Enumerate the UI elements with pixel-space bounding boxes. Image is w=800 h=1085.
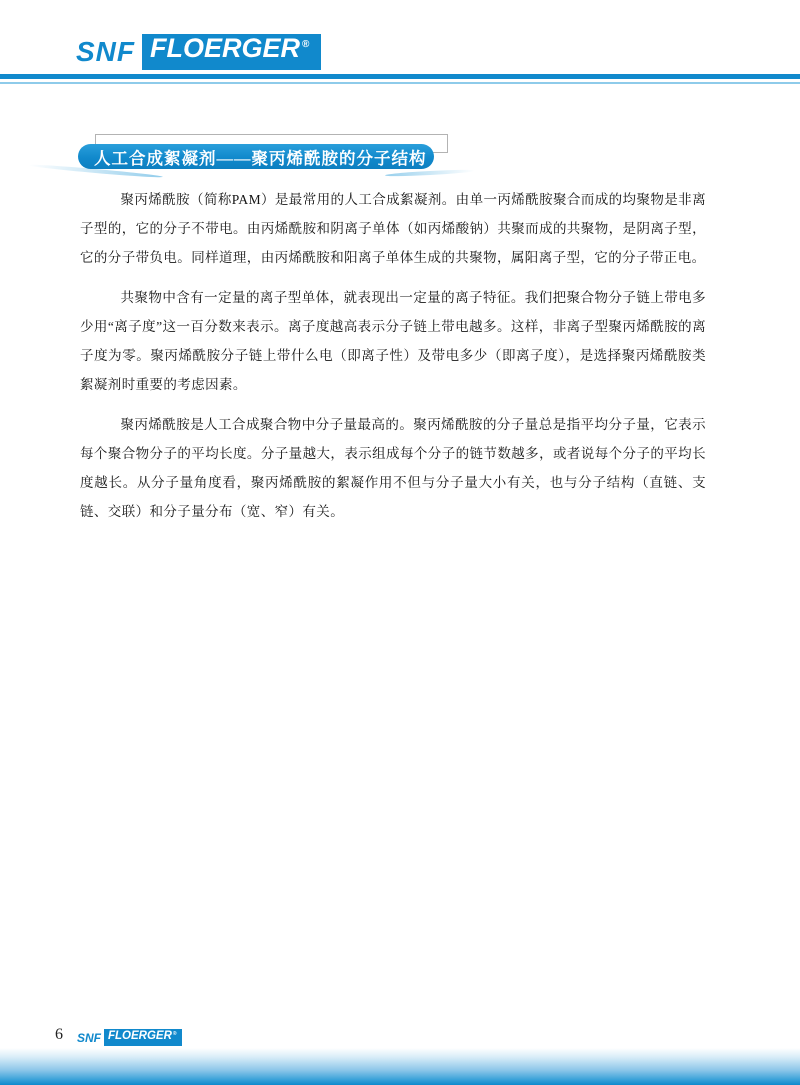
logo-snf-text: SNF — [76, 36, 135, 68]
section-title: 人工合成絮凝剂——聚丙烯酰胺的分子结构 — [94, 145, 427, 169]
section-title-pill: 人工合成絮凝剂——聚丙烯酰胺的分子结构 — [78, 144, 434, 169]
header-rule-thick — [0, 74, 800, 79]
header-rule-thin — [0, 82, 800, 84]
paragraph-1: 聚丙烯酰胺（简称PAM）是最常用的人工合成絮凝剂。由单一丙烯酰胺聚合而成的均聚物… — [80, 185, 706, 272]
snf-floerger-logo: SNF FLOERGER® — [76, 34, 321, 70]
footer-logo-snf-text: SNF — [77, 1031, 101, 1045]
footer-registered-mark-icon: ® — [173, 1031, 177, 1037]
logo-floerger-box: FLOERGER® — [142, 34, 321, 70]
banner-swoosh-right — [385, 169, 475, 178]
footer-snf-floerger-logo: SNF FLOERGER® — [77, 1029, 182, 1046]
footer-logo-floerger-text: FLOERGER — [108, 1030, 172, 1042]
registered-mark-icon: ® — [302, 39, 309, 50]
footer-logo-floerger-box: FLOERGER® — [104, 1029, 182, 1046]
logo-floerger-text: FLOERGER — [150, 33, 300, 63]
footer-gradient-band — [0, 1048, 800, 1085]
document-page: SNF FLOERGER® 人工合成絮凝剂——聚丙烯酰胺的分子结构 聚丙烯酰胺（… — [0, 0, 800, 1085]
page-number: 6 — [55, 1026, 63, 1044]
paragraph-2: 共聚物中含有一定量的离子型单体，就表现出一定量的离子特征。我们把聚合物分子链上带… — [80, 283, 706, 399]
body-text: 聚丙烯酰胺（简称PAM）是最常用的人工合成絮凝剂。由单一丙烯酰胺聚合而成的均聚物… — [80, 185, 706, 537]
paragraph-3: 聚丙烯酰胺是人工合成聚合物中分子量最高的。聚丙烯酰胺的分子量总是指平均分子量，它… — [80, 410, 706, 526]
